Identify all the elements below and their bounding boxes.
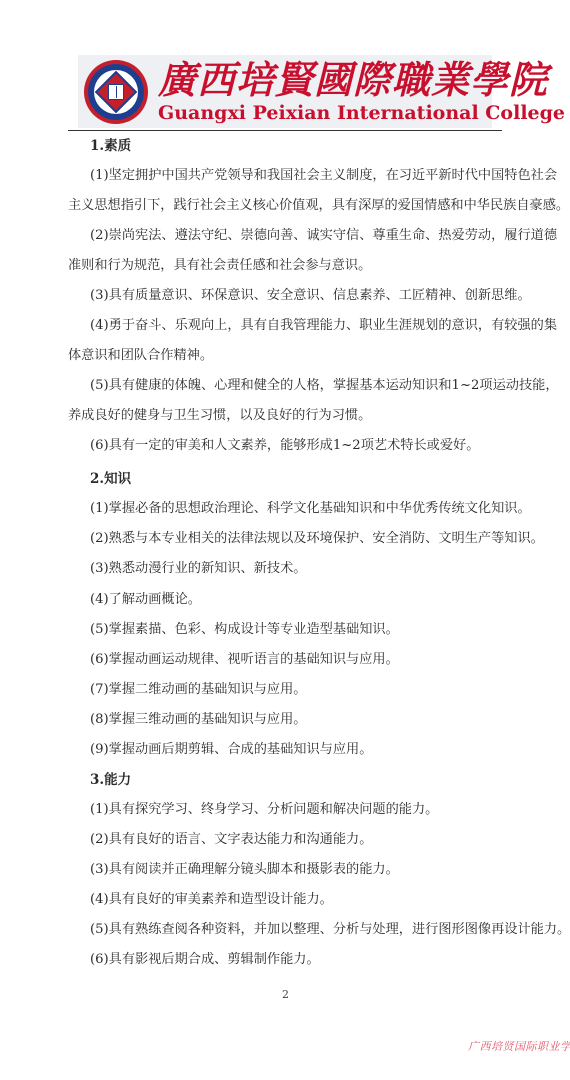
paragraph-line: (4)勇于奋斗、乐观向上，具有自我管理能力、职业生涯规划的意识，有较强的集 bbox=[90, 317, 557, 335]
college-emblem-icon bbox=[84, 60, 148, 124]
college-name-chinese: 廣西培賢國際職業學院 bbox=[158, 58, 548, 102]
list-item: (1)掌握必备的思想政治理论、科学文化基础知识和中华优秀传统文化知识。 bbox=[90, 500, 531, 518]
list-item: (7)掌握二维动画的基础知识与应用。 bbox=[90, 681, 307, 699]
section-heading-knowledge: 2.知识 bbox=[90, 470, 131, 488]
list-item: (6)掌握动画运动规律、视听语言的基础知识与应用。 bbox=[90, 651, 399, 669]
paragraph-line: (6)具有一定的审美和人文素养，能够形成1~2项艺术特长或爱好。 bbox=[90, 437, 479, 455]
list-item: (8)掌握三维动画的基础知识与应用。 bbox=[90, 711, 307, 729]
header-divider bbox=[68, 130, 502, 131]
list-item: (1)具有探究学习、终身学习、分析问题和解决问题的能力。 bbox=[90, 801, 438, 819]
list-item: (3)具有阅读并正确理解分镜头脚本和摄影表的能力。 bbox=[90, 861, 399, 879]
college-watermark: 广西培贤国际职业学院 bbox=[468, 1038, 570, 1054]
list-item: (3)熟悉动漫行业的新知识、新技术。 bbox=[90, 560, 307, 578]
book-icon bbox=[108, 84, 124, 100]
paragraph-line: (3)具有质量意识、环保意识、安全意识、信息素养、工匠精神、创新思维。 bbox=[90, 287, 531, 305]
paragraph-line: (5)具有健康的体魄、心理和健全的人格，掌握基本运动知识和1~2项运动技能， bbox=[90, 377, 559, 395]
paragraph-line: (1)坚定拥护中国共产党领导和我国社会主义制度，在习近平新时代中国特色社会 bbox=[90, 167, 557, 185]
list-item: (5)具有熟练查阅各种资料，并加以整理、分析与处理，进行图形图像再设计能力。 bbox=[90, 921, 570, 939]
paragraph-line: (2)崇尚宪法、遵法守纪、崇德向善、诚实守信、尊重生命、热爱劳动，履行道德 bbox=[90, 227, 557, 245]
paragraph-line: 准则和行为规范，具有社会责任感和社会参与意识。 bbox=[68, 257, 371, 275]
list-item: (6)具有影视后期合成、剪辑制作能力。 bbox=[90, 951, 320, 969]
list-item: (4)了解动画概论。 bbox=[90, 591, 201, 609]
list-item: (9)掌握动画后期剪辑、合成的基础知识与应用。 bbox=[90, 741, 372, 759]
paragraph-line: 主义思想指引下，践行社会主义核心价值观，具有深厚的爱国情感和中华民族自豪感。 bbox=[68, 197, 569, 215]
list-item: (5)掌握素描、色彩、构成设计等专业造型基础知识。 bbox=[90, 621, 399, 639]
list-item: (2)熟悉与本专业相关的法律法规以及环境保护、安全消防、文明生产等知识。 bbox=[90, 530, 544, 548]
college-name-english: Guangxi Peixian International College bbox=[158, 102, 565, 124]
paragraph-line: 体意识和团队合作精神。 bbox=[68, 347, 213, 365]
list-item: (4)具有良好的审美素养和造型设计能力。 bbox=[90, 891, 333, 909]
list-item: (2)具有良好的语言、文字表达能力和沟通能力。 bbox=[90, 831, 372, 849]
section-heading-ability: 3.能力 bbox=[90, 771, 131, 789]
section-heading-quality: 1.素质 bbox=[90, 137, 131, 155]
paragraph-line: 养成良好的健身与卫生习惯，以及良好的行为习惯。 bbox=[68, 407, 371, 425]
college-header-banner: 廣西培賢國際職業學院 Guangxi Peixian International… bbox=[78, 55, 492, 128]
page-number: 2 bbox=[282, 988, 289, 1001]
